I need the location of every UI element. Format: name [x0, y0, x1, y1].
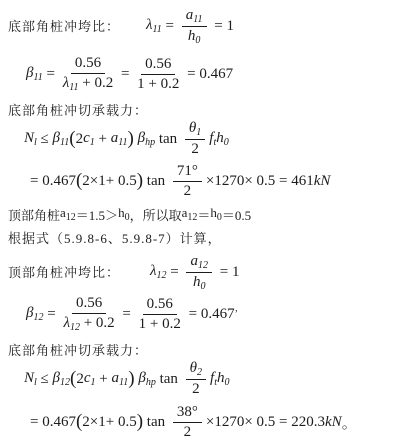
- lambda12-formula: λ12 = a12h0 = 1: [150, 253, 239, 292]
- punch-capacity-result-1-line: = 0.467(2×1+ 0.5) tan 71°2×1270× 0.5 = 4…: [30, 162, 392, 200]
- beta11-formula-line: β11 = 0.56λ11 + 0.2 = 0.561 + 0.2 = 0.46…: [26, 55, 392, 93]
- reference-formula-note-line: 根据式（5.9.8-6、5.9.8-7）计算，: [8, 230, 392, 247]
- top-pile-a12-note: 顶部角桩a12＝1.5＞h0，所以取a12＝h0＝0.5: [8, 205, 251, 224]
- punch-capacity-formula-1: Nl ≤ β11(2c1 + a11) βhp tan θ12fth0: [24, 120, 229, 158]
- top-corner-pile-punch-ratio-line: 顶部角桩冲垮比： λ12 = a12h0 = 1: [8, 251, 392, 293]
- punch-capacity-result-2-line: = 0.467(2×1+ 0.5) tan 38°2×1270× 0.5 = 2…: [30, 403, 392, 441]
- punch-capacity-formula-2: Nl ≤ β12(2c1 + a11) βhp tan θ22fth0: [24, 360, 229, 398]
- top-punch-ratio-label: 顶部角桩冲垮比：: [8, 264, 120, 281]
- beta11-formula: β11 = 0.56λ11 + 0.2 = 0.561 + 0.2 = 0.46…: [26, 55, 233, 93]
- top-pile-a12-note-line: 顶部角桩a12＝1.5＞h0，所以取a12＝h0＝0.5: [8, 205, 392, 223]
- punch-capacity-formula-1-line: Nl ≤ β11(2c1 + a11) βhp tan θ12fth0: [24, 120, 392, 158]
- punch-capacity-result-2: = 0.467(2×1+ 0.5) tan 38°2×1270× 0.5 = 2…: [30, 404, 357, 441]
- beta12-formula: β12 = 0.56λ12 + 0.2 = 0.561 + 0.2 = 0.46…: [26, 295, 238, 333]
- beta12-formula-line: β12 = 0.56λ12 + 0.2 = 0.561 + 0.2 = 0.46…: [26, 295, 392, 333]
- bottom-capacity-heading-2: 底部角桩冲切承载力：: [8, 342, 392, 358]
- punch-capacity-formula-2-line: Nl ≤ β12(2c1 + a11) βhp tan θ22fth0: [24, 360, 392, 398]
- bottom-corner-pile-punch-ratio-line: 底部角桩冲垮比： λ11 = a11h0 = 1: [8, 5, 392, 47]
- reference-formula-note: 根据式（5.9.8-6、5.9.8-7）计算，: [8, 230, 222, 247]
- punch-capacity-result-1: = 0.467(2×1+ 0.5) tan 71°2×1270× 0.5 = 4…: [30, 163, 330, 200]
- lambda11-formula: λ11 = a11h0 = 1: [146, 7, 234, 46]
- bottom-punch-ratio-label: 底部角桩冲垮比：: [8, 18, 120, 35]
- bottom-capacity-heading-text: 底部角桩冲切承载力：: [8, 102, 148, 119]
- calculation-document: 底部角桩冲垮比： λ11 = a11h0 = 1 β11 = 0.56λ11 +…: [0, 0, 398, 441]
- bottom-capacity-heading-2-text: 底部角桩冲切承载力：: [8, 342, 148, 359]
- bottom-capacity-heading: 底部角桩冲切承载力：: [8, 102, 392, 119]
